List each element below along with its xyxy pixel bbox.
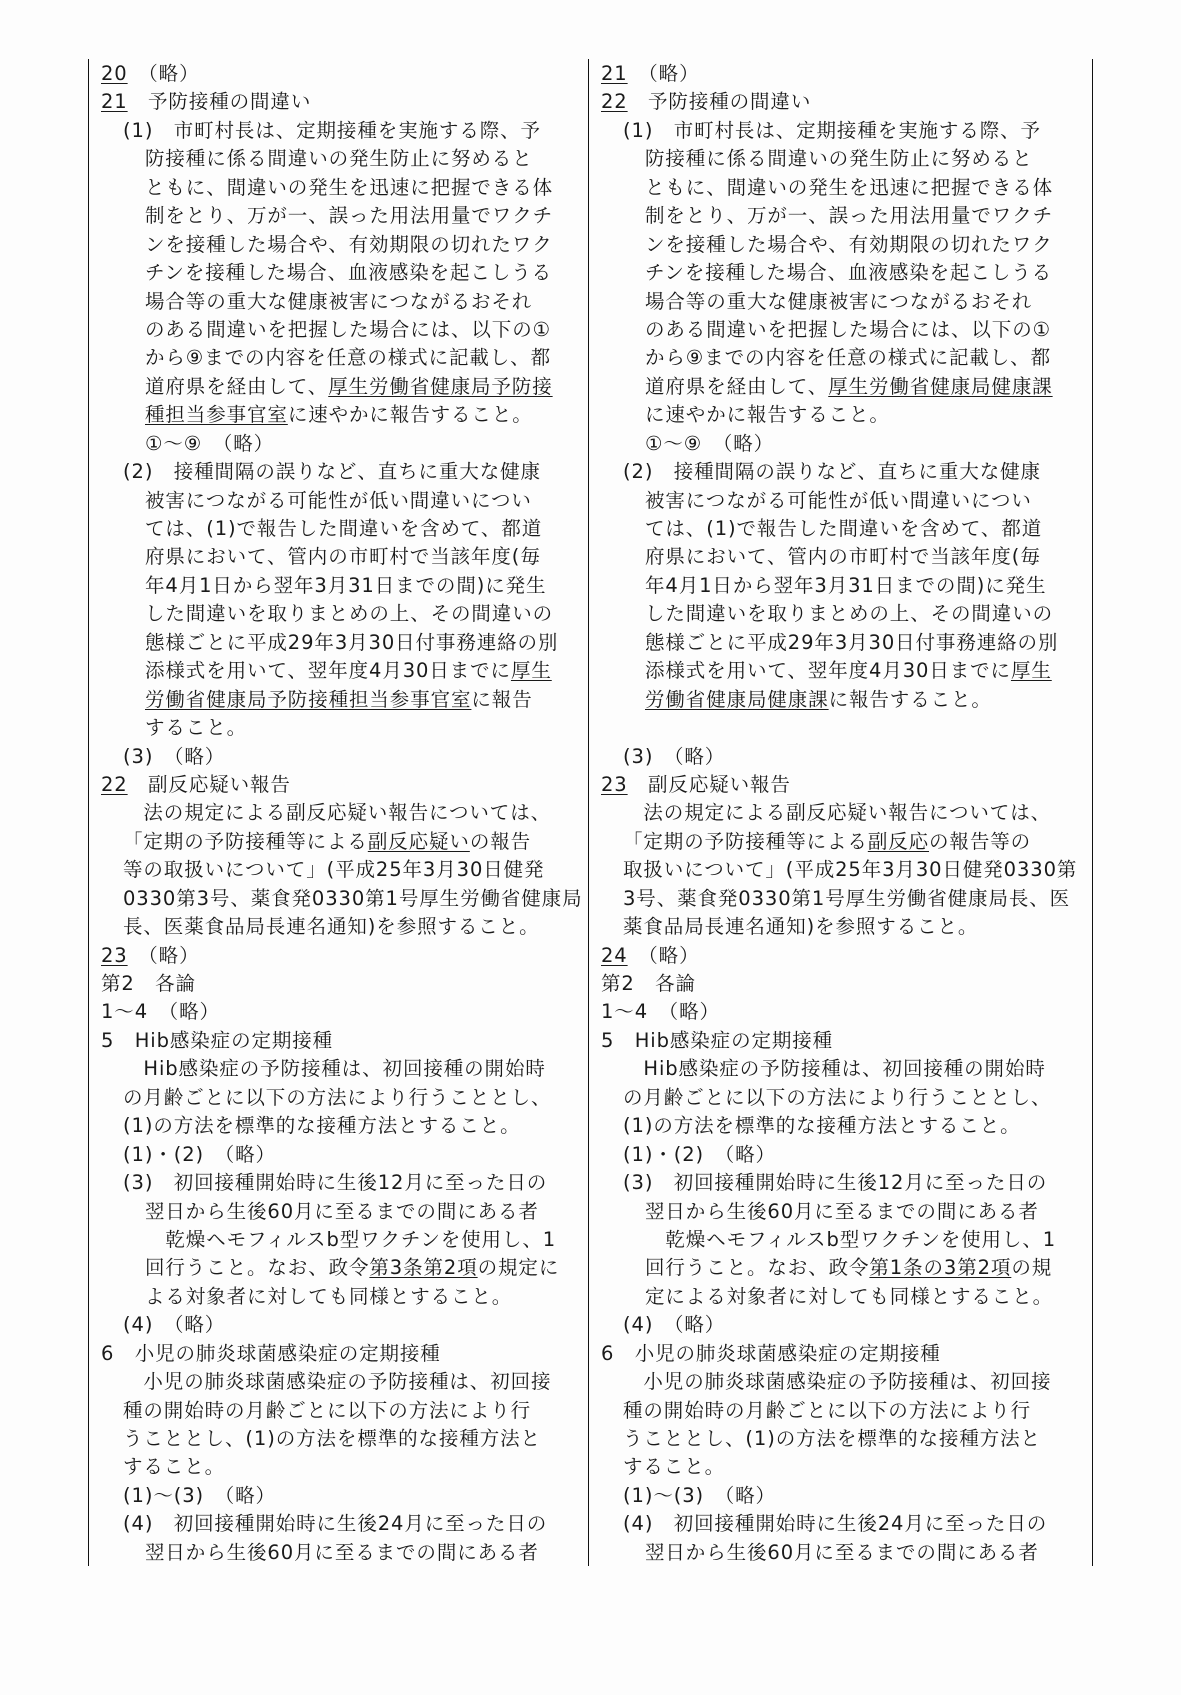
amended-text-underlined: 21 [601, 62, 628, 85]
text-segment: 予防接種の間違い [628, 90, 812, 113]
text-line: 法の規定による副反応疑い報告については、 [101, 799, 585, 827]
text-line: 乾燥ヘモフィルスb型ワクチンを使用し、1 [101, 1226, 585, 1254]
text-line: 場合等の重大な健康被害につながるおそれ [101, 288, 585, 316]
text-line: 被害につながる可能性が低い間違いについ [601, 487, 1087, 515]
text-segment: 取扱いについて」(平成25年3月30日健発0330第 [623, 858, 1077, 881]
text-segment: 法の規定による副反応疑い報告については、 [123, 801, 551, 824]
text-segment: のある間違いを把握した場合には、以下の① [645, 318, 1051, 341]
text-line: すること。 [601, 1453, 1087, 1481]
text-line: 21 予防接種の間違い [101, 88, 585, 116]
text-line: (1)の方法を標準的な接種方法とすること。 [601, 1112, 1087, 1140]
text-line: に速やかに報告すること。 [601, 401, 1087, 429]
text-segment: 副反応疑い報告 [128, 773, 291, 796]
text-segment: 回行うこと。なお、政令 [145, 1256, 369, 1279]
text-segment: 種の開始時の月齢ごとに以下の方法により行 [123, 1399, 531, 1422]
amended-text-underlined: 第3条第2項 [369, 1256, 477, 1279]
text-line: 道府県を経由して、厚生労働省健康局健康課 [601, 373, 1087, 401]
text-segment: （略） [628, 944, 700, 967]
text-segment: 翌日から生後60月に至るまでの間にある者 [145, 1200, 539, 1223]
text-segment: (3) （略） [623, 745, 725, 768]
text-line: (2) 接種間隔の誤りなど、直ちに重大な健康 [101, 458, 585, 486]
text-segment: うこととし、(1)の方法を標準的な接種方法と [123, 1427, 541, 1450]
text-segment: よる対象者に対しても同様とすること。 [145, 1285, 512, 1308]
text-segment: の規 [1011, 1256, 1052, 1279]
text-line: 23 （略） [101, 942, 585, 970]
text-segment: 0330第3号、薬食発0330第1号厚生労働省健康局 [123, 887, 582, 910]
text-segment: 道府県を経由して、 [145, 375, 328, 398]
text-segment: うこととし、(1)の方法を標準的な接種方法と [623, 1427, 1041, 1450]
text-segment: ①～⑨ （略） [645, 432, 774, 455]
text-segment: のある間違いを把握した場合には、以下の① [145, 318, 551, 341]
text-segment: 小児の肺炎球菌感染症の予防接種は、初回接 [623, 1370, 1051, 1393]
text-line: (4) 初回接種開始時に生後24月に至った日の [101, 1510, 585, 1538]
text-segment: (4) 初回接種開始時に生後24月に至った日の [123, 1512, 547, 1535]
text-segment: 翌日から生後60月に至るまでの間にある者 [645, 1541, 1039, 1564]
text-line: (1) 市町村長は、定期接種を実施する際、予 [601, 117, 1087, 145]
text-segment: 翌日から生後60月に至るまでの間にある者 [645, 1200, 1039, 1223]
text-line: 府県において、管内の市町村で当該年度(毎 [101, 543, 585, 571]
text-line: 1～4 （略） [101, 998, 585, 1026]
text-line: 道府県を経由して、厚生労働省健康局予防接 [101, 373, 585, 401]
amended-text-underlined: 副反応疑い [368, 830, 470, 853]
text-segment: 6 小児の肺炎球菌感染症の定期接種 [101, 1342, 441, 1365]
text-segment: (3) 初回接種開始時に生後12月に至った日の [623, 1171, 1047, 1194]
text-line: ンを接種した場合や、有効期限の切れたワク [601, 231, 1087, 259]
text-segment: 乾燥ヘモフィルスb型ワクチンを使用し、1 [645, 1228, 1056, 1251]
text-segment: 被害につながる可能性が低い間違いについ [645, 489, 1032, 512]
text-line: 種担当参事官室に速やかに報告すること。 [101, 401, 585, 429]
text-line: の月齢ごとに以下の方法により行うこととし、 [601, 1084, 1087, 1112]
text-line: ①～⑨ （略） [101, 430, 585, 458]
amended-text-underlined: 種担当参事官室 [145, 403, 288, 426]
comparison-document-page: 20 （略）21 予防接種の間違い(1) 市町村長は、定期接種を実施する際、予防… [0, 0, 1181, 1695]
text-line: ともに、間違いの発生を迅速に把握できる体 [101, 174, 585, 202]
text-line: 小児の肺炎球菌感染症の予防接種は、初回接 [601, 1368, 1087, 1396]
text-segment: (1) 市町村長は、定期接種を実施する際、予 [123, 119, 541, 142]
text-line: 24 （略） [601, 942, 1087, 970]
text-segment: 被害につながる可能性が低い間違いについ [145, 489, 532, 512]
column-divider-rule [588, 59, 589, 1566]
text-line: 0330第3号、薬食発0330第1号厚生労働省健康局 [101, 885, 585, 913]
text-line: (1)・(2) （略） [101, 1141, 585, 1169]
text-line: 場合等の重大な健康被害につながるおそれ [601, 288, 1087, 316]
text-segment: すること。 [623, 1455, 725, 1478]
text-line: 等の取扱いについて」(平成25年3月30日健発 [101, 856, 585, 884]
text-segment: 等の取扱いについて」(平成25年3月30日健発 [123, 858, 544, 881]
text-line: 1～4 （略） [601, 998, 1087, 1026]
text-line: 定による対象者に対しても同様とすること。 [601, 1283, 1087, 1311]
text-line: 種の開始時の月齢ごとに以下の方法により行 [601, 1397, 1087, 1425]
text-segment: ともに、間違いの発生を迅速に把握できる体 [645, 176, 1053, 199]
amended-text-underlined: 23 [601, 773, 628, 796]
text-line: 翌日から生後60月に至るまでの間にある者 [601, 1539, 1087, 1567]
text-segment: 予防接種の間違い [128, 90, 312, 113]
left-column-text: 20 （略）21 予防接種の間違い(1) 市町村長は、定期接種を実施する際、予防… [101, 60, 585, 1567]
text-line: Hib感染症の予防接種は、初回接種の開始時 [601, 1055, 1087, 1083]
text-line: 労働省健康局健康課に報告すること。 [601, 686, 1087, 714]
text-line: 小児の肺炎球菌感染症の予防接種は、初回接 [101, 1368, 585, 1396]
text-segment: （略） [128, 62, 200, 85]
text-line: 「定期の予防接種等による副反応疑いの報告 [101, 828, 585, 856]
text-segment: 添様式を用いて、翌年度4月30日までに [145, 659, 511, 682]
text-segment: (3) （略） [123, 745, 225, 768]
text-line: ては、(1)で報告した間違いを含めて、都道 [101, 515, 585, 543]
text-segment: 府県において、管内の市町村で当該年度(毎 [145, 545, 541, 568]
text-line: 長、医薬食品局長連名通知)を参照すること。 [101, 913, 585, 941]
text-segment: 1～4 （略） [101, 1000, 220, 1023]
text-segment: の月齢ごとに以下の方法により行うこととし、 [623, 1086, 1051, 1109]
amended-text-underlined: 21 [101, 90, 128, 113]
text-line: うこととし、(1)の方法を標準的な接種方法と [601, 1425, 1087, 1453]
text-segment: すること。 [123, 1455, 225, 1478]
text-segment: に報告 [471, 688, 532, 711]
text-segment: Hib感染症の予防接種は、初回接種の開始時 [123, 1057, 546, 1080]
text-segment: Hib感染症の予防接種は、初回接種の開始時 [623, 1057, 1046, 1080]
text-segment: 種の開始時の月齢ごとに以下の方法により行 [623, 1399, 1031, 1422]
text-line: (4) （略） [601, 1311, 1087, 1339]
text-line [601, 714, 1087, 742]
text-line: 21 （略） [601, 60, 1087, 88]
text-segment: 1～4 （略） [601, 1000, 720, 1023]
text-line: の月齢ごとに以下の方法により行うこととし、 [101, 1084, 585, 1112]
text-segment: 場合等の重大な健康被害につながるおそれ [645, 290, 1032, 313]
text-line: 労働省健康局予防接種担当参事官室に報告 [101, 686, 585, 714]
text-line: から⑨までの内容を任意の様式に記載し、都 [601, 344, 1087, 372]
amended-text-underlined: 20 [101, 62, 128, 85]
text-segment: 6 小児の肺炎球菌感染症の定期接種 [601, 1342, 941, 1365]
text-segment: (1)の方法を標準的な接種方法とすること。 [623, 1114, 1021, 1137]
text-segment: 第2 各論 [101, 972, 196, 995]
text-line: チンを接種した場合、血液感染を起こしうる [601, 259, 1087, 287]
text-segment: (1)・(2) （略） [123, 1143, 276, 1166]
text-segment: の規定に [478, 1256, 560, 1279]
text-line: Hib感染症の予防接種は、初回接種の開始時 [101, 1055, 585, 1083]
text-segment: (1)～(3) （略） [623, 1484, 776, 1507]
text-line: (1)・(2) （略） [601, 1141, 1087, 1169]
text-segment: から⑨までの内容を任意の様式に記載し、都 [645, 346, 1051, 369]
text-line: 20 （略） [101, 60, 585, 88]
text-segment: 法の規定による副反応疑い報告については、 [623, 801, 1051, 824]
text-line: (4) 初回接種開始時に生後24月に至った日の [601, 1510, 1087, 1538]
amended-text-underlined: 労働省健康局予防接種担当参事官室 [145, 688, 471, 711]
text-line: 府県において、管内の市町村で当該年度(毎 [601, 543, 1087, 571]
text-line: した間違いを取りまとめの上、その間違いの [601, 600, 1087, 628]
left-border-rule [88, 59, 89, 1566]
text-segment: の報告等の [929, 830, 1031, 853]
text-line: 被害につながる可能性が低い間違いについ [101, 487, 585, 515]
text-segment: 定による対象者に対しても同様とすること。 [645, 1285, 1053, 1308]
text-line: よる対象者に対しても同様とすること。 [101, 1283, 585, 1311]
text-line: 添様式を用いて、翌年度4月30日までに厚生 [601, 657, 1087, 685]
text-segment: した間違いを取りまとめの上、その間違いの [645, 602, 1053, 625]
amended-text-underlined: 厚生労働省健康局予防接 [328, 375, 552, 398]
text-segment: 制をとり、万が一、誤った用法用量でワクチ [645, 204, 1053, 227]
text-segment: (2) 接種間隔の誤りなど、直ちに重大な健康 [123, 460, 541, 483]
amended-text-underlined: 22 [101, 773, 128, 796]
text-line: 22 副反応疑い報告 [101, 771, 585, 799]
text-line: (3) 初回接種開始時に生後12月に至った日の [601, 1169, 1087, 1197]
text-line: 5 Hib感染症の定期接種 [101, 1027, 585, 1055]
text-segment: した間違いを取りまとめの上、その間違いの [145, 602, 553, 625]
text-line: 6 小児の肺炎球菌感染症の定期接種 [601, 1340, 1087, 1368]
text-segment: 態様ごとに平成29年3月30日付事務連絡の別 [145, 631, 558, 654]
text-segment: （略） [628, 62, 700, 85]
text-line: 制をとり、万が一、誤った用法用量でワクチ [101, 202, 585, 230]
text-segment: 第2 各論 [601, 972, 696, 995]
text-line: から⑨までの内容を任意の様式に記載し、都 [101, 344, 585, 372]
text-segment: ては、(1)で報告した間違いを含めて、都道 [645, 517, 1042, 540]
text-line: (4) （略） [101, 1311, 585, 1339]
text-segment: 3号、薬食発0330第1号厚生労働省健康局長、医 [623, 887, 1070, 910]
text-line: 翌日から生後60月に至るまでの間にある者 [101, 1198, 585, 1226]
text-segment: 5 Hib感染症の定期接種 [601, 1029, 833, 1052]
text-line: 薬食品局長連名通知)を参照すること。 [601, 913, 1087, 941]
text-line: (3) 初回接種開始時に生後12月に至った日の [101, 1169, 585, 1197]
text-segment: ①～⑨ （略） [145, 432, 274, 455]
text-segment: 5 Hib感染症の定期接種 [101, 1029, 333, 1052]
text-line: 年4月1日から翌年3月31日までの間)に発生 [101, 572, 585, 600]
text-line: (1) 市町村長は、定期接種を実施する際、予 [101, 117, 585, 145]
text-line: 22 予防接種の間違い [601, 88, 1087, 116]
text-line: ともに、間違いの発生を迅速に把握できる体 [601, 174, 1087, 202]
text-line: 5 Hib感染症の定期接種 [601, 1027, 1087, 1055]
text-segment: 年4月1日から翌年3月31日までの間)に発生 [645, 574, 1046, 597]
text-line: 回行うこと。なお、政令第3条第2項の規定に [101, 1254, 585, 1282]
text-segment: ンを接種した場合や、有効期限の切れたワク [145, 233, 553, 256]
text-line: 6 小児の肺炎球菌感染症の定期接種 [101, 1340, 585, 1368]
text-line: 防接種に係る間違いの発生防止に努めると [101, 145, 585, 173]
text-segment: に速やかに報告すること。 [288, 403, 533, 426]
text-line: 種の開始時の月齢ごとに以下の方法により行 [101, 1397, 585, 1425]
text-segment: 長、医薬食品局長連名通知)を参照すること。 [123, 915, 540, 938]
text-line: ンを接種した場合や、有効期限の切れたワク [101, 231, 585, 259]
text-segment: 翌日から生後60月に至るまでの間にある者 [145, 1541, 539, 1564]
text-line: (1)～(3) （略） [101, 1482, 585, 1510]
text-segment: ともに、間違いの発生を迅速に把握できる体 [145, 176, 553, 199]
text-line: した間違いを取りまとめの上、その間違いの [101, 600, 585, 628]
text-segment: 回行うこと。なお、政令 [645, 1256, 869, 1279]
text-segment: (1)～(3) （略） [123, 1484, 276, 1507]
text-line: 第2 各論 [601, 970, 1087, 998]
text-segment: ンを接種した場合や、有効期限の切れたワク [645, 233, 1053, 256]
text-line: 添様式を用いて、翌年度4月30日までに厚生 [101, 657, 585, 685]
text-segment: 「定期の予防接種等による [623, 830, 868, 853]
text-segment: (1)・(2) （略） [623, 1143, 776, 1166]
amended-text-underlined: 労働省健康局健康課 [645, 688, 829, 711]
text-segment: 防接種に係る間違いの発生防止に努めると [645, 147, 1033, 170]
text-line: 第2 各論 [101, 970, 585, 998]
text-segment: から⑨までの内容を任意の様式に記載し、都 [145, 346, 551, 369]
text-segment: すること。 [145, 716, 247, 739]
amended-text-underlined: 24 [601, 944, 628, 967]
amended-text-underlined: 副反応 [868, 830, 929, 853]
text-line: 年4月1日から翌年3月31日までの間)に発生 [601, 572, 1087, 600]
amended-text-underlined: 厚生労働省健康局健康課 [828, 375, 1052, 398]
text-segment: (4) 初回接種開始時に生後24月に至った日の [623, 1512, 1047, 1535]
text-line: 取扱いについて」(平成25年3月30日健発0330第 [601, 856, 1087, 884]
amended-text-underlined: 第1条の3第2項 [869, 1256, 1011, 1279]
text-line: (2) 接種間隔の誤りなど、直ちに重大な健康 [601, 458, 1087, 486]
text-segment: (4) （略） [123, 1313, 225, 1336]
text-segment: 制をとり、万が一、誤った用法用量でワクチ [145, 204, 553, 227]
text-line: 23 副反応疑い報告 [601, 771, 1087, 799]
text-line: 乾燥ヘモフィルスb型ワクチンを使用し、1 [601, 1226, 1087, 1254]
text-line: 態様ごとに平成29年3月30日付事務連絡の別 [601, 629, 1087, 657]
text-segment: チンを接種した場合、血液感染を起こしうる [645, 261, 1052, 284]
text-line: のある間違いを把握した場合には、以下の① [601, 316, 1087, 344]
text-line: 態様ごとに平成29年3月30日付事務連絡の別 [101, 629, 585, 657]
text-segment: (1)の方法を標準的な接種方法とすること。 [123, 1114, 521, 1137]
text-segment: ては、(1)で報告した間違いを含めて、都道 [145, 517, 542, 540]
text-line: のある間違いを把握した場合には、以下の① [101, 316, 585, 344]
text-segment: 薬食品局長連名通知)を参照すること。 [623, 915, 978, 938]
text-segment: に速やかに報告すること。 [645, 403, 890, 426]
text-segment: に報告すること。 [829, 688, 992, 711]
text-segment: の報告 [470, 830, 531, 853]
text-segment: 年4月1日から翌年3月31日までの間)に発生 [145, 574, 546, 597]
text-line: (3) （略） [601, 743, 1087, 771]
text-line: 翌日から生後60月に至るまでの間にある者 [101, 1539, 585, 1567]
text-line: 防接種に係る間違いの発生防止に努めると [601, 145, 1087, 173]
text-line: すること。 [101, 1453, 585, 1481]
text-line: ①～⑨ （略） [601, 430, 1087, 458]
text-line: 翌日から生後60月に至るまでの間にある者 [601, 1198, 1087, 1226]
right-column-text: 21 （略）22 予防接種の間違い(1) 市町村長は、定期接種を実施する際、予防… [601, 60, 1087, 1567]
text-segment: 「定期の予防接種等による [123, 830, 368, 853]
text-segment: (3) 初回接種開始時に生後12月に至った日の [123, 1171, 547, 1194]
text-segment: (1) 市町村長は、定期接種を実施する際、予 [623, 119, 1041, 142]
text-segment: 添様式を用いて、翌年度4月30日までに [645, 659, 1011, 682]
amended-text-underlined: 22 [601, 90, 628, 113]
text-segment: 副反応疑い報告 [628, 773, 791, 796]
text-line: (3) （略） [101, 743, 585, 771]
text-segment: (2) 接種間隔の誤りなど、直ちに重大な健康 [623, 460, 1041, 483]
text-line: ては、(1)で報告した間違いを含めて、都道 [601, 515, 1087, 543]
text-segment: 府県において、管内の市町村で当該年度(毎 [645, 545, 1041, 568]
text-line: 3号、薬食発0330第1号厚生労働省健康局長、医 [601, 885, 1087, 913]
text-segment: 乾燥ヘモフィルスb型ワクチンを使用し、1 [145, 1228, 556, 1251]
text-segment: チンを接種した場合、血液感染を起こしうる [145, 261, 552, 284]
text-line: 「定期の予防接種等による副反応の報告等の [601, 828, 1087, 856]
amended-text-underlined: 厚生 [511, 659, 552, 682]
text-segment: (4) （略） [623, 1313, 725, 1336]
text-line: 法の規定による副反応疑い報告については、 [601, 799, 1087, 827]
text-segment: の月齢ごとに以下の方法により行うこととし、 [123, 1086, 551, 1109]
text-line: (1)の方法を標準的な接種方法とすること。 [101, 1112, 585, 1140]
right-border-rule [1092, 59, 1093, 1566]
text-segment: 道府県を経由して、 [645, 375, 828, 398]
text-line: うこととし、(1)の方法を標準的な接種方法と [101, 1425, 585, 1453]
amended-text-underlined: 23 [101, 944, 128, 967]
text-segment: 防接種に係る間違いの発生防止に努めると [145, 147, 533, 170]
text-segment: （略） [128, 944, 200, 967]
text-segment: 小児の肺炎球菌感染症の予防接種は、初回接 [123, 1370, 551, 1393]
text-segment: 態様ごとに平成29年3月30日付事務連絡の別 [645, 631, 1058, 654]
text-line: チンを接種した場合、血液感染を起こしうる [101, 259, 585, 287]
text-line: すること。 [101, 714, 585, 742]
text-line: 回行うこと。なお、政令第1条の3第2項の規 [601, 1254, 1087, 1282]
text-line: 制をとり、万が一、誤った用法用量でワクチ [601, 202, 1087, 230]
text-line: (1)～(3) （略） [601, 1482, 1087, 1510]
text-segment: 場合等の重大な健康被害につながるおそれ [145, 290, 532, 313]
amended-text-underlined: 厚生 [1011, 659, 1052, 682]
